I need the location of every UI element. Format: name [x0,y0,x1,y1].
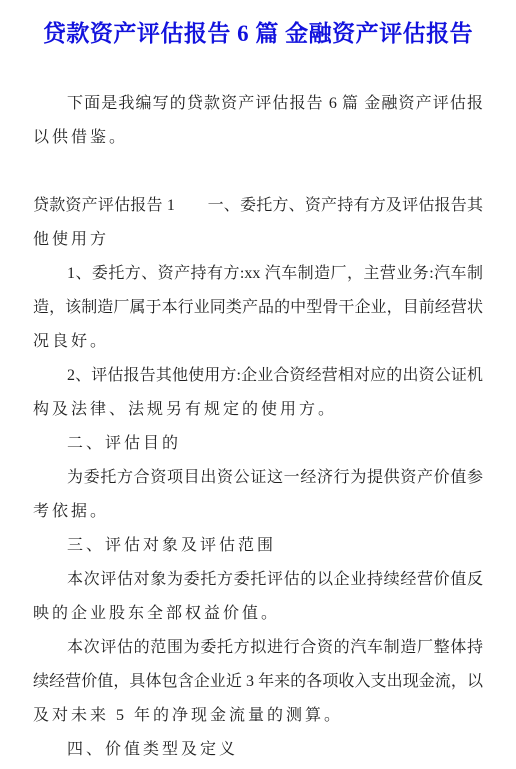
text-line: 考依据。 [33,495,483,529]
document-body: 下面是我编写的贷款资产评估报告 6 篇 金融资产评估报告，以供借鉴。贷款资产评估… [33,87,483,767]
paragraph: 2、评估报告其他使用方:企业合资经营相对应的出资公证机构及法律、法规另有规定的使… [33,359,483,427]
paragraph: 本次评估对象为委托方委托评估的以企业持续经营价值反映的企业股东全部权益价值。 [33,563,483,631]
text-line: 2、评估报告其他使用方:企业合资经营相对应的出资公证机 [33,359,483,393]
text-line: 况良好。 [33,325,483,359]
text-line: 四、价值类型及定义 [33,733,483,767]
paragraph: 三、评估对象及评估范围 [33,529,483,563]
text-line: 本次评估对象为委托方委托评估的以企业持续经营价值反 [33,563,483,597]
text-line: 本次评估的范围为委托方拟进行合资的汽车制造厂整体持 [33,631,483,665]
text-line: 他使用方 [33,223,483,257]
paragraph: 本次评估的范围为委托方拟进行合资的汽车制造厂整体持续经营价值，具体包含企业近 3… [33,631,483,733]
text-line: 构及法律、法规另有规定的使用方。 [33,393,483,427]
page: 贷款资产评估报告 6 篇 金融资产评估报告 下面是我编写的贷款资产评估报告 6 … [0,0,516,769]
paragraph: 下面是我编写的贷款资产评估报告 6 篇 金融资产评估报告，以供借鉴。 [33,87,483,155]
text-line: 映的企业股东全部权益价值。 [33,597,483,631]
text-line: 1、委托方、资产持有方:xx 汽车制造厂，主营业务:汽车制 [33,257,483,291]
text-line: 造，该制造厂属于本行业同类产品的中型骨干企业，目前经营状 [33,291,483,325]
text-line: 为委托方合资项目出资公证这一经济行为提供资产价值参 [33,461,483,495]
paragraph: 为委托方合资项目出资公证这一经济行为提供资产价值参考依据。 [33,461,483,529]
text-line: 三、评估对象及评估范围 [33,529,483,563]
paragraph: 贷款资产评估报告 1 一、委托方、资产持有方及评估报告其他使用方 [33,189,483,257]
text-line: 及对未来 5 年的净现金流量的测算。 [33,699,483,733]
document-title: 贷款资产评估报告 6 篇 金融资产评估报告 [33,18,483,50]
text-line: 贷款资产评估报告 1 一、委托方、资产持有方及评估报告其 [33,189,483,223]
paragraph: 1、委托方、资产持有方:xx 汽车制造厂，主营业务:汽车制造，该制造厂属于本行业… [33,257,483,359]
text-line: 续经营价值，具体包含企业近 3 年来的各项收入支出现金流，以 [33,665,483,699]
text-line: 以供借鉴。 [33,121,483,155]
text-line: 下面是我编写的贷款资产评估报告 6 篇 金融资产评估报告， [33,87,483,121]
paragraph: 二、评估目的 [33,427,483,461]
text-line: 二、评估目的 [33,427,483,461]
paragraph: 四、价值类型及定义 [33,733,483,767]
